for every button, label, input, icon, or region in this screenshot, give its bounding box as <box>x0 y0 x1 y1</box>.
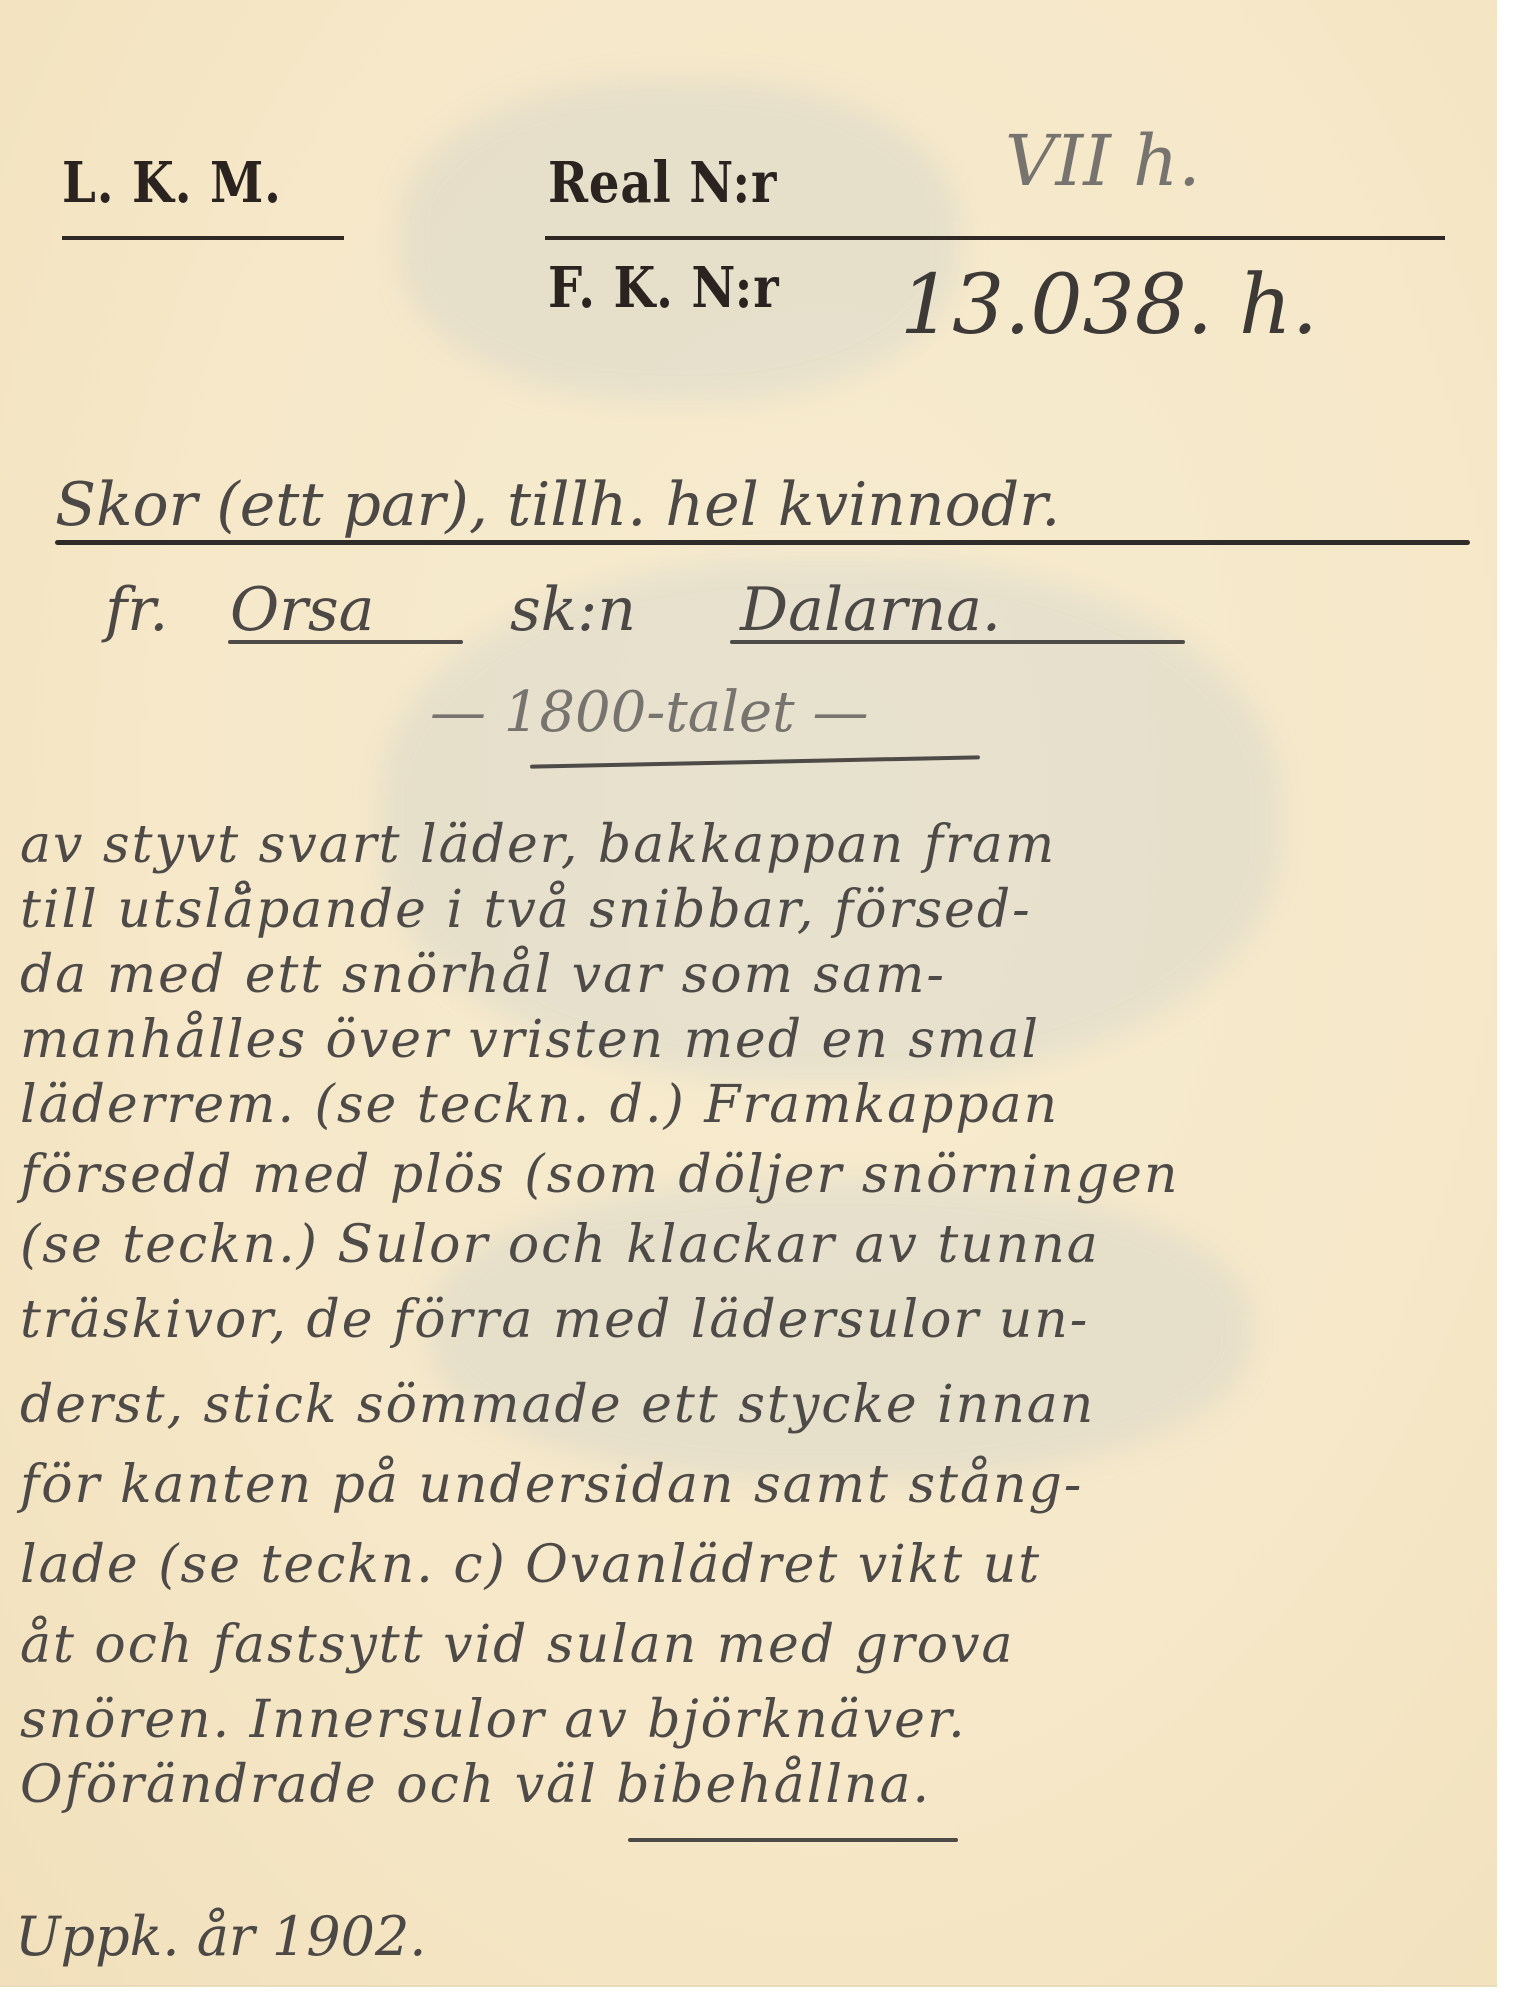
institution-underline <box>62 236 344 240</box>
institution-label: L. K. M. <box>62 150 282 216</box>
origin-region-underline <box>730 640 1185 644</box>
origin-place-underline <box>228 640 463 644</box>
origin-place: Orsa <box>230 575 374 645</box>
description-line: träskivor, de förra med lädersulor un- <box>20 1290 1089 1350</box>
description-line: (se teckn.) Sulor och klackar av tunna <box>20 1215 1100 1275</box>
description-line: lade (se teckn. c) Ovanlädret vikt ut <box>20 1535 1041 1595</box>
real-number-rule <box>545 236 1445 240</box>
real-number-value: VII h. <box>1005 120 1200 202</box>
description-line: da med ett snörhål var som sam- <box>20 945 946 1005</box>
description-line: derst, stick sömmade ett stycke innan <box>20 1375 1095 1435</box>
description-line: Oförändrade och väl bibehållna. <box>20 1755 931 1815</box>
title-underline <box>55 540 1470 545</box>
description-line: manhålles över vristen med en smal <box>20 1010 1040 1070</box>
origin-parish: sk:n <box>510 575 636 645</box>
description-line: åt och fastsytt vid sulan med grova <box>20 1615 1014 1675</box>
description-line: snören. Innersulor av björknäver. <box>20 1690 967 1750</box>
object-title: Skor (ett par), tillh. hel kvinnodr. <box>55 470 1060 540</box>
closing-divider <box>628 1838 958 1842</box>
description-line: för kanten på undersidan samt stång- <box>20 1455 1083 1515</box>
period: — 1800-talet — <box>430 680 868 745</box>
catalogue-card: L. K. M. Real N:r VII h. F. K. N:r 13.03… <box>0 0 1497 1987</box>
bleed-through-stain <box>400 80 960 400</box>
fk-number-value: 13.038. h. <box>900 258 1318 353</box>
description-line: läderrem. (se teckn. d.) Framkappan <box>20 1075 1059 1135</box>
fk-number-label: F. K. N:r <box>548 255 779 321</box>
real-number-label: Real N:r <box>548 150 777 216</box>
origin-region: Dalarna. <box>740 575 1001 645</box>
description-line: försedd med plös (som döljer snörningen <box>20 1145 1179 1205</box>
description-line: till utslå̈pande i två snibbar, försed- <box>20 880 1032 940</box>
acquisition-note: Uppk. år 1902. <box>15 1905 426 1968</box>
origin-prefix: fr. <box>105 575 168 645</box>
description-line: av styvt svart läder, bakkappan fram <box>20 815 1056 875</box>
